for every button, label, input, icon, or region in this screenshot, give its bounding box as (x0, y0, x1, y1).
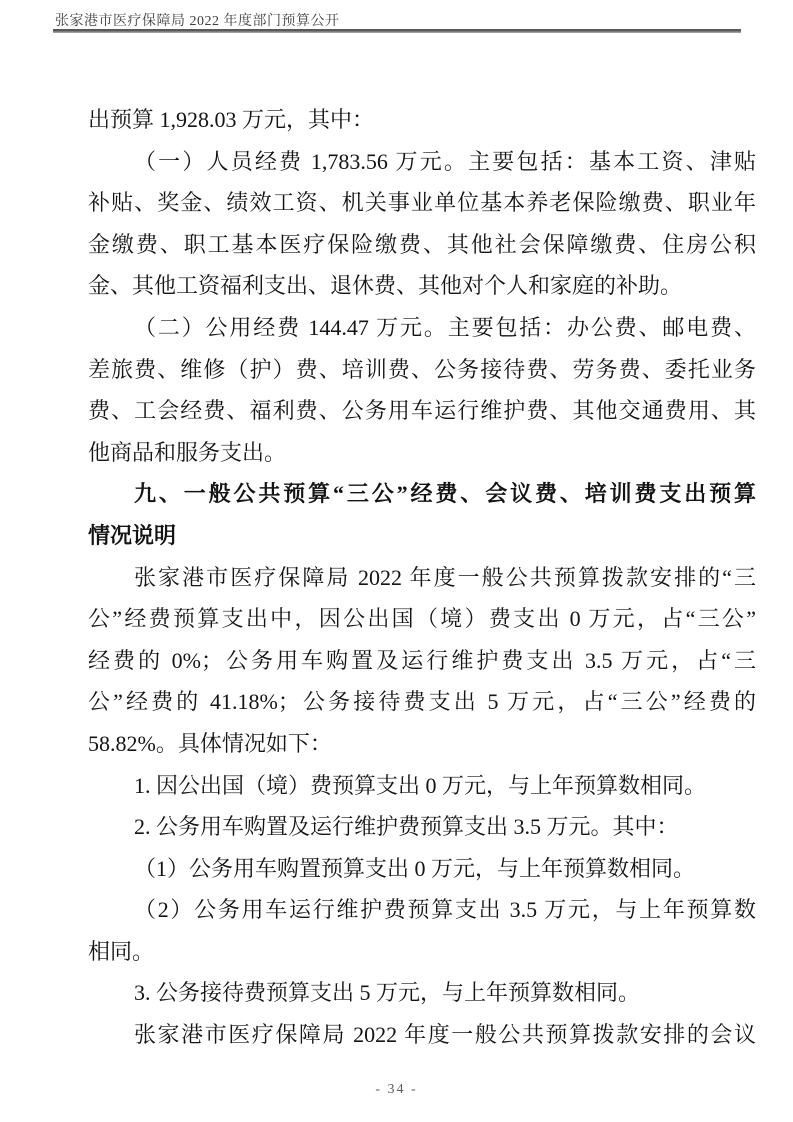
body-line: 58.82%。具体情况如下： (88, 723, 756, 765)
body-line: 公”经费预算支出中，因公出国（境）费支出 0 万元，占“三公” (88, 598, 756, 640)
body-line: 情况说明 (88, 515, 756, 557)
document-body: 出预算 1,928.03 万元，其中：（一）人员经费 1,783.56 万元。主… (88, 99, 756, 1056)
body-line: 九、一般公共预算“三公”经费、会议费、培训费支出预算 (88, 473, 756, 515)
body-line: 出预算 1,928.03 万元，其中： (88, 99, 756, 141)
body-line: 2. 公务用车购置及运行维护费预算支出 3.5 万元。其中： (88, 806, 756, 848)
body-line: （1）公务用车购置预算支出 0 万元，与上年预算数相同。 (88, 848, 756, 890)
body-line: 费、工会经费、福利费、公务用车运行维护费、其他交通费用、其 (88, 390, 756, 432)
body-line: （2）公务用车运行维护费预算支出 3.5 万元，与上年预算数 (88, 889, 756, 931)
body-line: 金、其他工资福利支出、退休费、其他对个人和家庭的补助。 (88, 265, 756, 307)
document-page: 张家港市医疗保障局 2022 年度部门预算公开 出预算 1,928.03 万元，… (0, 0, 793, 1122)
body-line: （一）人员经费 1,783.56 万元。主要包括：基本工资、津贴 (88, 141, 756, 183)
body-line: （二）公用经费 144.47 万元。主要包括：办公费、邮电费、 (88, 307, 756, 349)
header-divider (53, 29, 741, 33)
header-title: 张家港市医疗保障局 2022 年度部门预算公开 (55, 10, 340, 30)
body-line: 补贴、奖金、绩效工资、机关事业单位基本养老保险缴费、职业年 (88, 182, 756, 224)
body-line: 3. 公务接待费预算支出 5 万元，与上年预算数相同。 (88, 972, 756, 1014)
body-line: 差旅费、维修（护）费、培训费、公务接待费、劳务费、委托业务 (88, 349, 756, 391)
body-line: 张家港市医疗保障局 2022 年度一般公共预算拨款安排的“三 (88, 557, 756, 599)
body-line: 相同。 (88, 931, 756, 973)
body-line: 金缴费、职工基本医疗保险缴费、其他社会保障缴费、住房公积 (88, 224, 756, 266)
page-number: - 34 - (0, 1082, 793, 1098)
body-line: 经费的 0%；公务用车购置及运行维护费支出 3.5 万元，占“三 (88, 640, 756, 682)
body-line: 他商品和服务支出。 (88, 432, 756, 474)
body-line: 公”经费的 41.18%；公务接待费支出 5 万元，占“三公”经费的 (88, 681, 756, 723)
body-line: 张家港市医疗保障局 2022 年度一般公共预算拨款安排的会议 (88, 1014, 756, 1056)
body-line: 1. 因公出国（境）费预算支出 0 万元，与上年预算数相同。 (88, 765, 756, 807)
